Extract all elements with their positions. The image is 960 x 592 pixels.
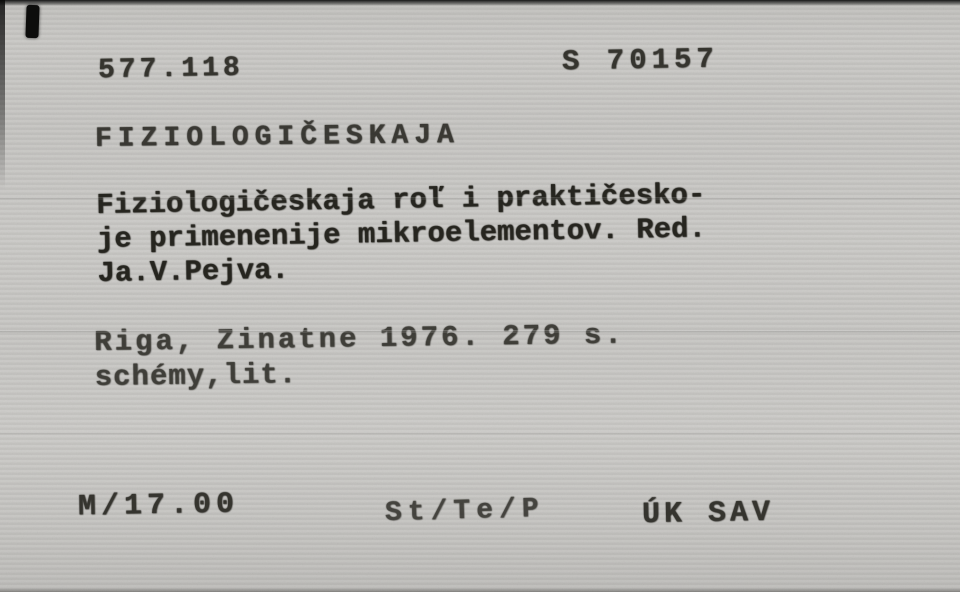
title-statement: Fiziologičeskaja roľ i praktičesko- je p…	[96, 178, 707, 291]
price-code: M/17.00	[78, 488, 240, 525]
accession-number: S 70157	[562, 43, 719, 79]
category-code: St/Te/P	[385, 494, 545, 529]
scan-edge-left	[0, 0, 5, 190]
ink-smudge	[25, 5, 39, 38]
paper-crease	[0, 432, 960, 435]
library-sigla: ÚK SAV	[642, 496, 775, 532]
imprint-line-2: schémy,lit.	[94, 353, 625, 395]
scan-edge-top	[0, 0, 960, 6]
scan-edge-bottom	[0, 588, 960, 592]
catalog-card: 577.118 S 70157 FIZIOLOGIČESKAJA Fiziolo…	[0, 0, 960, 592]
heading-entry: FIZIOLOGIČESKAJA	[95, 120, 460, 155]
call-number: 577.118	[98, 53, 244, 87]
imprint-statement: Riga, Zinatne 1976. 279 s. schémy,lit.	[94, 318, 625, 395]
